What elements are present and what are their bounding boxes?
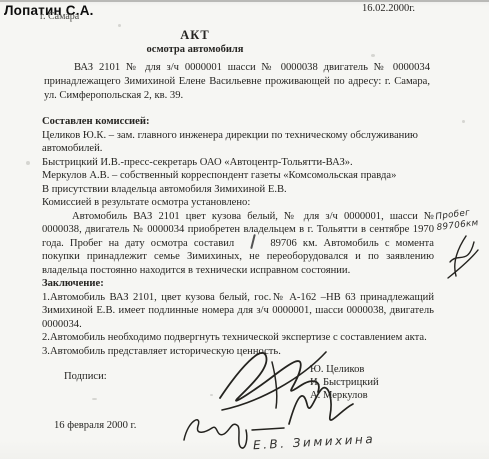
scan-speck <box>462 120 465 123</box>
document-date-bottom: 16 февраля 2000 г. <box>54 420 136 431</box>
scan-speck <box>210 394 213 396</box>
commission-member: В присутствии владельца автомобиля Зимих… <box>42 183 434 197</box>
scan-speck <box>118 24 121 27</box>
commission-member: Быстрицкий И.В.-пресс-секретарь ОАО «Авт… <box>42 156 434 170</box>
conclusion-item: 1.Автомобиль ВАЗ 2101, цвет кузова белый… <box>42 291 434 332</box>
document-title: АКТ <box>30 28 360 43</box>
result-intro-line: Комиссией в результате осмотра установле… <box>42 196 434 210</box>
handwritten-correction-mark <box>251 234 256 249</box>
owner-signature-name: Е.В. Зимихина <box>253 432 376 452</box>
scan-speck <box>371 54 375 57</box>
intro-paragraph: ВАЗ 2101 № для з/ч 0000001 шасси № 00000… <box>44 61 430 103</box>
city-label: г. Самара <box>40 11 79 22</box>
margin-note-mileage: Пробег 89706км <box>435 206 489 234</box>
scanned-document-page: Лопатин С.А. г. Самара 16.02.2000г. АКТ … <box>0 0 489 459</box>
commission-heading: Составлен комиссией: <box>42 115 434 129</box>
document-subtitle: осмотра автомобиля <box>30 44 360 55</box>
signer-name: А. Меркулов <box>310 389 379 402</box>
mileage-value: 89706 <box>240 237 296 251</box>
conclusion-item: 3.Автомобиль представляет историческую ц… <box>42 345 434 359</box>
signer-name: Ю. Целиков <box>310 363 379 376</box>
commission-member: Меркулов А.В. – собственный корреспонден… <box>42 169 434 183</box>
scan-speck <box>26 161 30 165</box>
margin-signature-icon <box>444 232 482 284</box>
commission-member: Целиков Ю.К. – зам. главного инженера ди… <box>42 129 434 156</box>
signer-names: Ю. Целиков И. Быстрицкий А. Меркулов <box>310 363 379 403</box>
signatures-label: Подписи: <box>64 371 107 382</box>
document-date-top: 16.02.2000г. <box>362 3 415 14</box>
conclusion-item: 2.Автомобиль необходимо подвергнуть техн… <box>42 331 434 345</box>
document-body: Составлен комиссией: Целиков Ю.К. – зам.… <box>42 115 434 358</box>
document-title-block: АКТ осмотра автомобиля <box>30 28 360 55</box>
signer-name: И. Быстрицкий <box>310 376 379 389</box>
conclusion-heading: Заключение: <box>42 277 434 291</box>
findings-paragraph: Автомобиль ВАЗ 2101 цвет кузова белый, №… <box>42 210 434 278</box>
scan-speck <box>92 398 97 400</box>
